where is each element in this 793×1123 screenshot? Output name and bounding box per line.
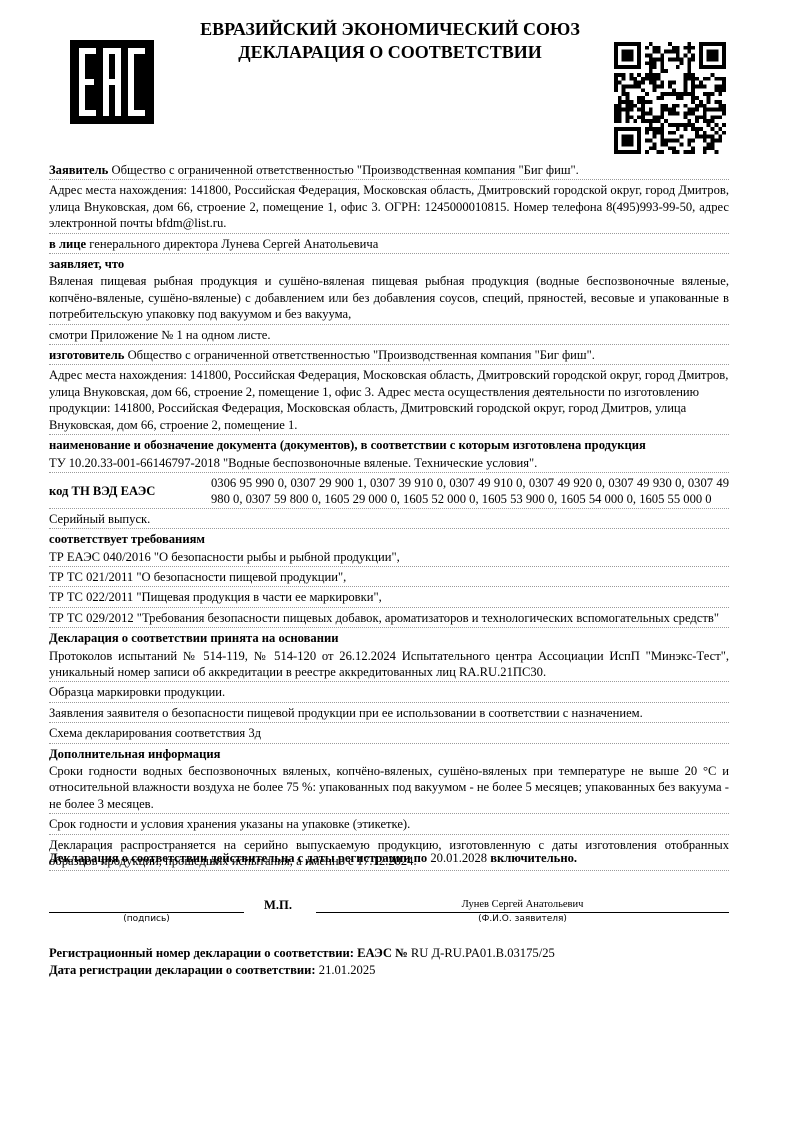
requirement-item: ТР ЕАЭС 040/2016 "О безопасности рыбы и … <box>49 549 729 567</box>
signer-caption: (Ф.И.О. заявителя) <box>316 914 729 924</box>
registration-date: 21.01.2025 <box>319 963 376 977</box>
validity-prefix: Декларация о соответствии действительна … <box>49 851 427 865</box>
stamp-label: М.П. <box>264 898 292 913</box>
signature-line <box>49 912 244 913</box>
title-union: ЕВРАЗИЙСКИЙ ЭКОНОМИЧЕСКИЙ СОЮЗ <box>150 18 630 41</box>
registration-date-label: Дата регистрации декларации о соответств… <box>49 963 316 977</box>
tnved-row: код ТН ВЭД ЕАЭС 0306 95 990 0, 0307 29 9… <box>49 475 729 509</box>
registration-number-label: Регистрационный номер декларации о соотв… <box>49 946 408 960</box>
manufacturer-row: изготовитель Общество с ограниченной отв… <box>49 347 729 365</box>
applicant-address: Адрес места нахождения: 141800, Российск… <box>49 182 729 233</box>
additional-item: Сроки годности водных беспозвоночных вял… <box>49 763 729 814</box>
applicant-name: Общество с ограниченной ответственностью… <box>111 163 578 177</box>
declaration-body: Заявитель Общество с ограниченной ответс… <box>49 162 729 873</box>
signer-line <box>316 912 729 913</box>
additional-item: Срок годности и условия хранения указаны… <box>49 816 729 834</box>
eac-mark-icon <box>70 40 154 124</box>
basis-item: Протоколов испытаний № 514-119, № 514-12… <box>49 648 729 683</box>
requirement-item: ТР ТС 029/2012 "Требования безопасности … <box>49 610 729 628</box>
represented-value: генерального директора Лунева Сергей Ана… <box>89 237 378 251</box>
manufacturer-address: Адрес места нахождения: 141800, Российск… <box>49 367 729 435</box>
basis-label: Декларация о соответствии принята на осн… <box>49 630 729 647</box>
validity-suffix: включительно. <box>490 851 577 865</box>
appendix-note: смотри Приложение № 1 на одном листе. <box>49 327 729 345</box>
registration-block: Регистрационный номер декларации о соотв… <box>49 945 555 978</box>
tnved-codes: 0306 95 990 0, 0307 29 900 1, 0307 39 91… <box>211 475 729 508</box>
requirement-item: ТР ТС 022/2011 "Пищевая продукция в част… <box>49 589 729 607</box>
release-type: Серийный выпуск. <box>49 511 729 529</box>
requirement-item: ТР ТС 021/2011 "О безопасности пищевой п… <box>49 569 729 587</box>
qr-code-icon[interactable] <box>614 42 726 154</box>
applicant-label: Заявитель <box>49 163 108 177</box>
represented-label: в лице <box>49 237 86 251</box>
tnved-label: код ТН ВЭД ЕАЭС <box>49 475 211 508</box>
applicant-row: Заявитель Общество с ограниченной ответс… <box>49 162 729 180</box>
basis-item: Заявления заявителя о безопасности пищев… <box>49 705 729 723</box>
registration-date-row: Дата регистрации декларации о соответств… <box>49 962 555 979</box>
manufacturer-name: Общество с ограниченной ответственностью… <box>128 348 595 362</box>
declares-label: заявляет, что <box>49 256 729 273</box>
signer-name: Лунев Сергей Анатольевич <box>316 899 729 910</box>
document-label: наименование и обозначение документа (до… <box>49 437 729 454</box>
requirements-label: соответствует требованиям <box>49 531 729 548</box>
document-title: ЕВРАЗИЙСКИЙ ЭКОНОМИЧЕСКИЙ СОЮЗ ДЕКЛАРАЦИ… <box>150 18 630 64</box>
manufacturer-label: изготовитель <box>49 348 124 362</box>
product-description: Вяленая пищевая рыбная продукция и сушён… <box>49 273 729 324</box>
title-declaration: ДЕКЛАРАЦИЯ О СООТВЕТСТВИИ <box>150 41 630 64</box>
registration-number-row: Регистрационный номер декларации о соотв… <box>49 945 555 962</box>
validity-date: 20.01.2028 <box>430 851 487 865</box>
registration-number: RU Д-RU.PA01.B.03175/25 <box>411 946 555 960</box>
basis-item: Образца маркировки продукции. <box>49 684 729 702</box>
represented-row: в лице генерального директора Лунева Сер… <box>49 236 729 254</box>
eac-logo <box>70 40 154 124</box>
validity-statement: Декларация о соответствии действительна … <box>49 851 577 866</box>
document-value: ТУ 10.20.33-001-66146797-2018 "Водные бе… <box>49 455 729 473</box>
additional-label: Дополнительная информация <box>49 746 729 763</box>
signature-caption: (подпись) <box>49 914 244 924</box>
basis-item: Схема декларирования соответствия 3д <box>49 725 729 743</box>
